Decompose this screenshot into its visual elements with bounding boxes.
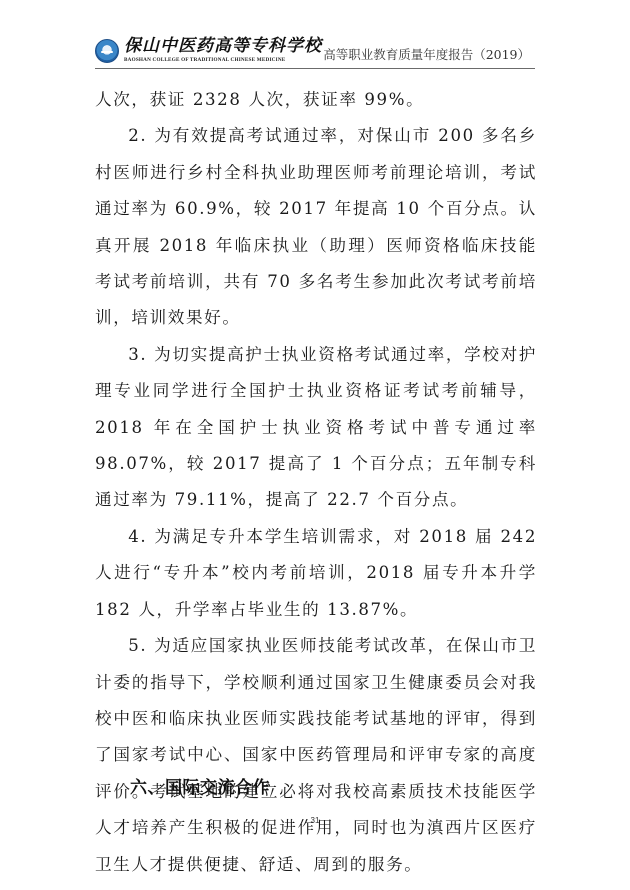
page-number: 31: [0, 816, 630, 825]
school-name-english: BAOSHAN COLLEGE OF TRADITIONAL CHINESE M…: [124, 57, 285, 63]
paragraph-continuation: 人次，获证 2328 人次，获证率 99%。: [95, 82, 537, 118]
page-header: 保山中医药高等专科学校 BAOSHAN COLLEGE OF TRADITION…: [95, 36, 535, 69]
report-title: 高等职业教育质量年度报告（2019）: [323, 45, 530, 63]
paragraph-item-5: 5. 为适应国家执业医师技能考试改革，在保山市卫计委的指导下，学校顺利通过国家卫…: [95, 628, 537, 883]
school-emblem-icon: [95, 39, 119, 63]
paragraph-item-3: 3. 为切实提高护士执业资格考试通过率，学校对护理专业同学进行全国护士执业资格证…: [95, 337, 537, 519]
paragraph-item-4: 4. 为满足专升本学生培训需求，对 2018 届 242 人进行“专升本”校内考…: [95, 519, 537, 628]
body-text: 人次，获证 2328 人次，获证率 99%。 2. 为有效提高考试通过率，对保山…: [95, 82, 537, 883]
section-heading: 六、国际交流合作: [130, 773, 270, 798]
paragraph-item-2: 2. 为有效提高考试通过率，对保山市 200 多名乡村医师进行乡村全科执业助理医…: [95, 118, 537, 336]
school-name-chinese: 保山中医药高等专科学校: [124, 37, 322, 55]
